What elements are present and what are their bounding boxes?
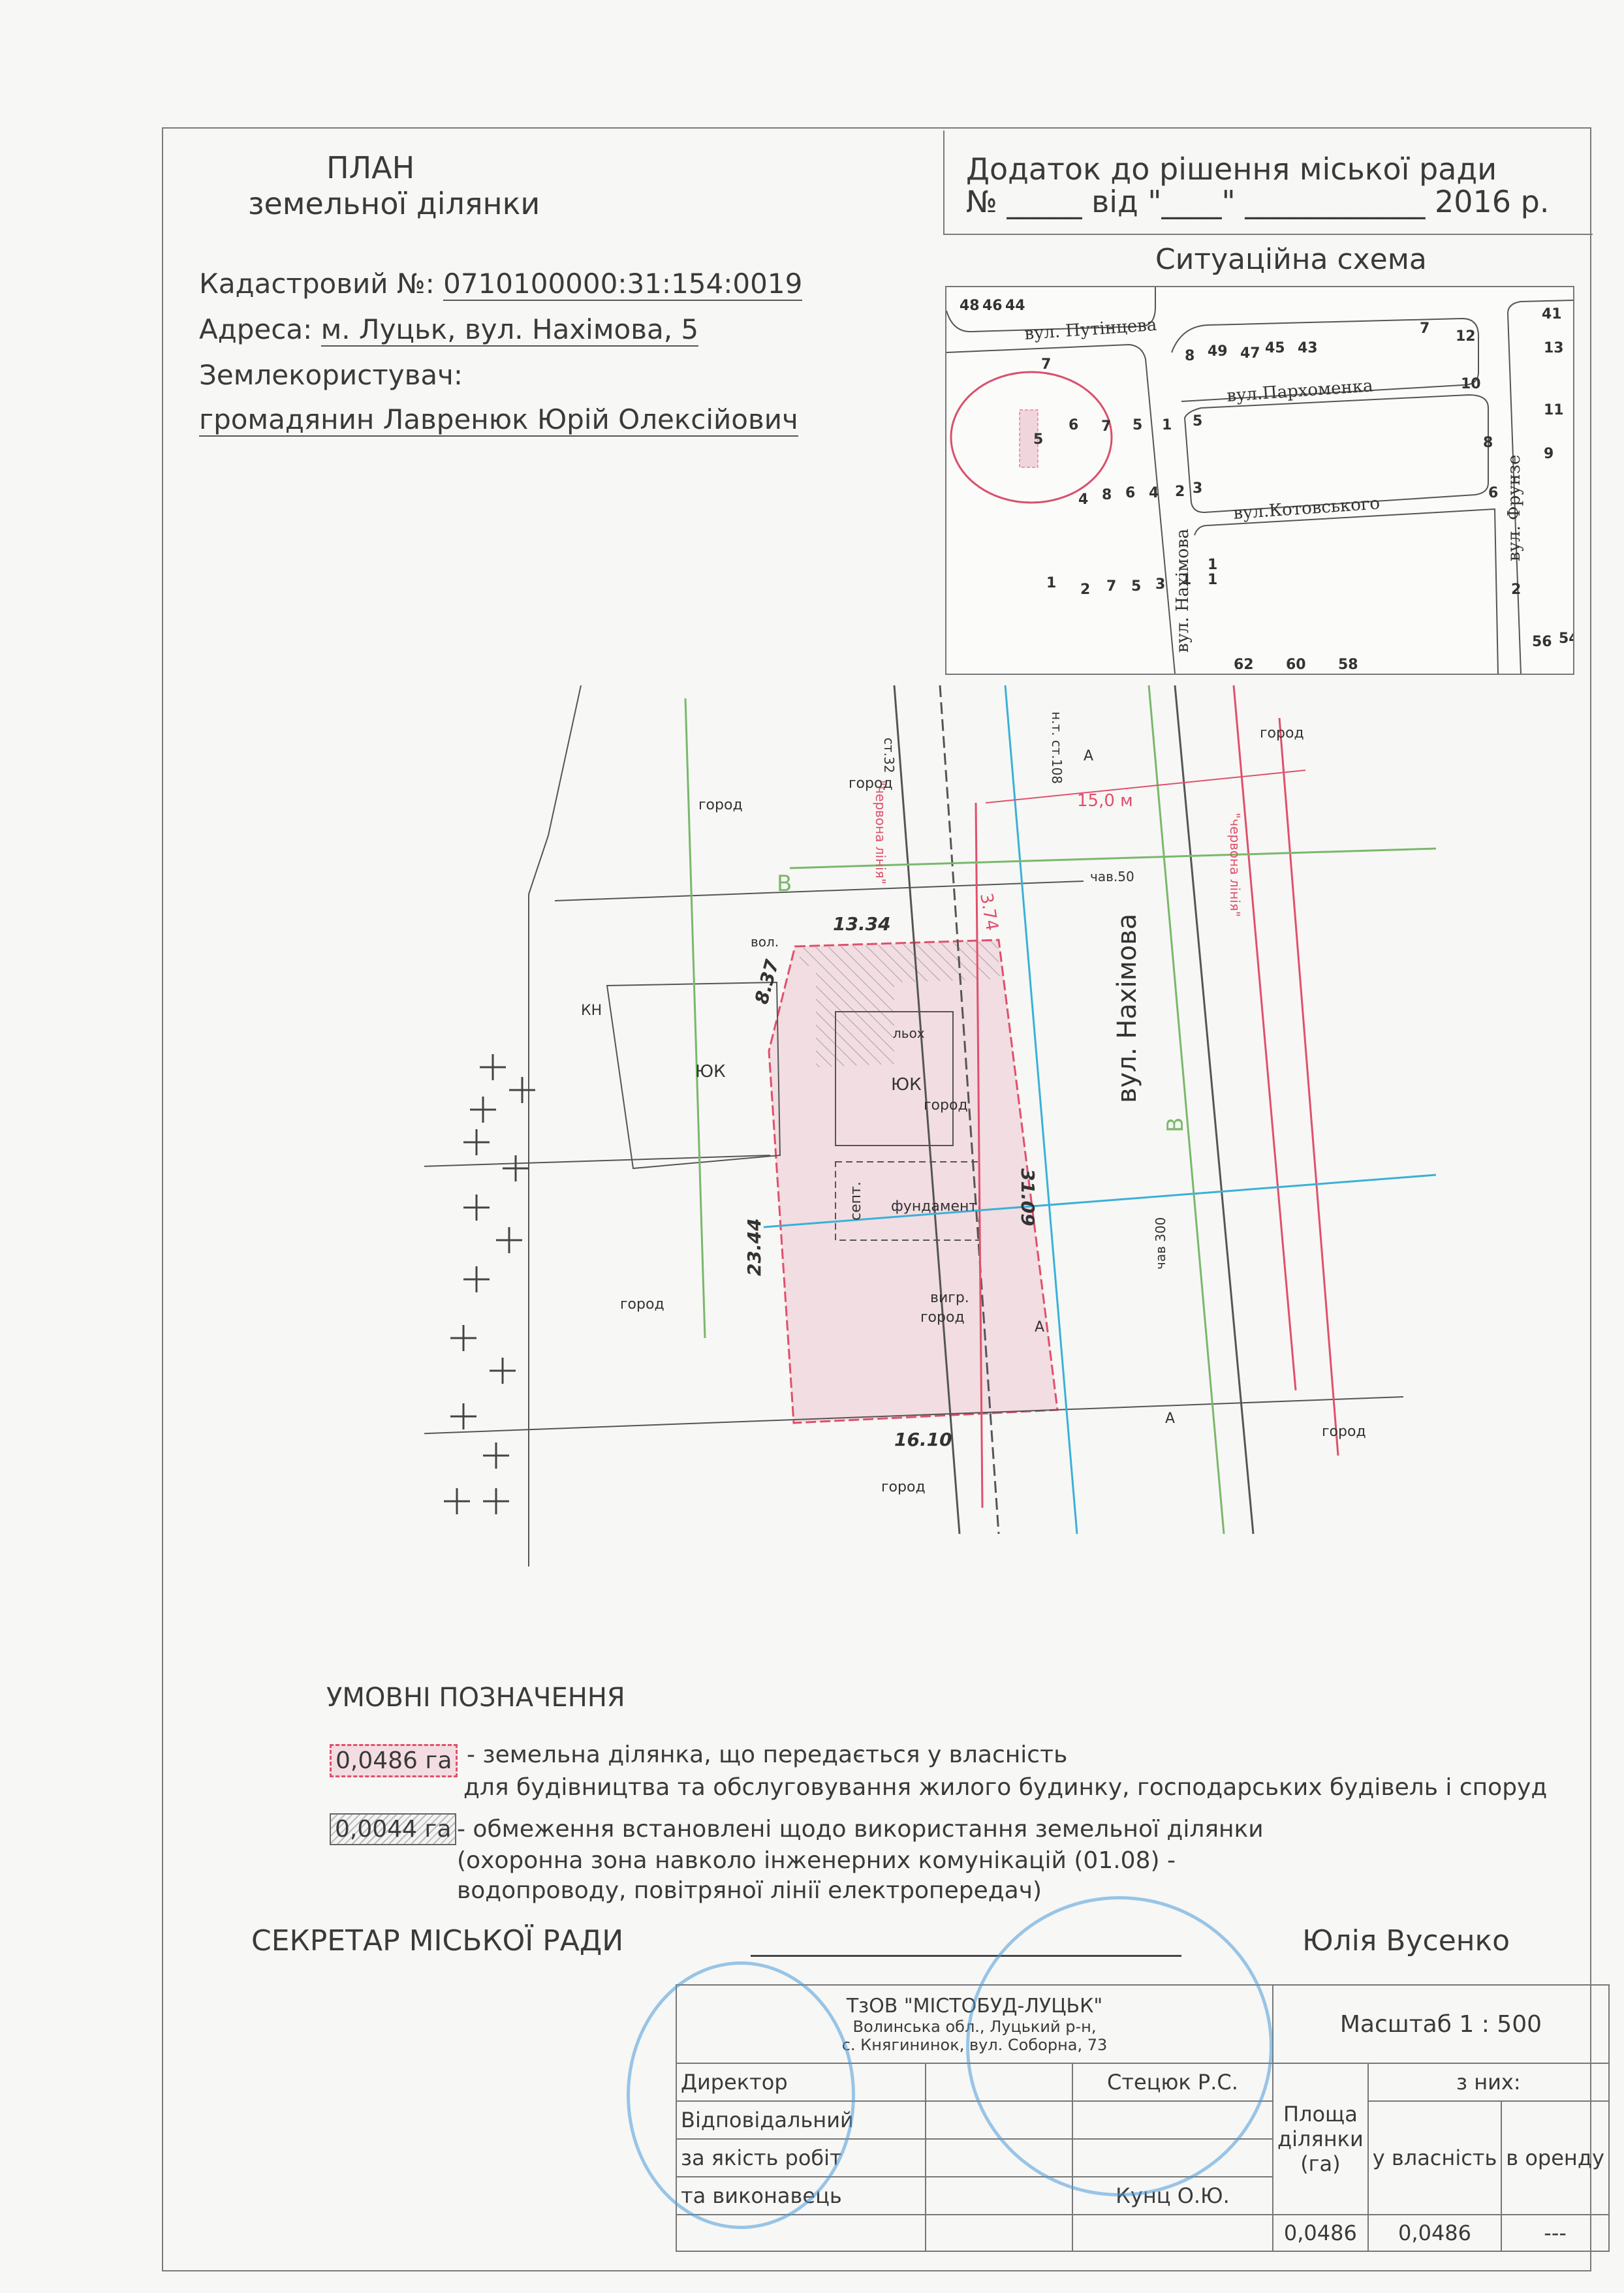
svg-text:47: 47 [1240,345,1260,362]
svg-text:город: город [698,797,743,813]
svg-text:4: 4 [1078,491,1088,508]
svg-text:2: 2 [1175,484,1185,500]
svg-text:6: 6 [1069,417,1078,433]
street-nakhimova: вул. Нахімова [1173,529,1193,653]
dim-northwest: 8.37 [751,957,783,1006]
dim-west: 23.44 [743,1218,765,1276]
company-seal [966,1896,1273,2196]
dim-east: 31.09 [1017,1168,1038,1226]
svg-text:7: 7 [1106,578,1116,595]
svg-text:2: 2 [1511,582,1521,598]
engineer-seal [627,1961,855,2229]
svg-text:15,0 м: 15,0 м [1077,791,1133,811]
svg-text:А: А [1165,1411,1175,1427]
of-them-header: з них: [1368,2063,1609,2101]
legend-swatch-restriction: 0,0044 га [330,1813,456,1845]
svg-text:7: 7 [1101,418,1111,435]
svg-text:чав.50: чав.50 [1090,869,1134,884]
legend-title: УМОВНІ ПОЗНАЧЕННЯ [326,1683,625,1713]
svg-text:44: 44 [1005,298,1025,314]
situation-map: вул. Путінцева вул.Пархоменка вул.Котовс… [946,287,1573,674]
svg-text:5: 5 [1193,413,1202,429]
svg-text:1: 1 [1208,572,1217,588]
legend-restriction-line1: - обмеження встановлені щодо використанн… [457,1816,1264,1843]
svg-text:13: 13 [1544,340,1564,356]
svg-text:6: 6 [1488,485,1498,501]
cadastral-number: 0710100000:31:154:0019 [443,268,802,301]
plan-drawing: город город город город город город горо… [424,685,1436,1567]
address-label: Адреса: [199,313,321,345]
svg-text:8: 8 [1185,348,1195,364]
svg-text:41: 41 [1542,306,1562,322]
svg-text:9: 9 [1544,446,1554,462]
svg-text:5: 5 [1132,417,1142,433]
svg-text:н.т. ст.108: н.т. ст.108 [1049,711,1065,784]
address-row: Адреса: м. Луцьк, вул. Нахімова, 5 [199,313,698,345]
svg-text:45: 45 [1265,340,1285,356]
svg-text:В: В [777,871,792,897]
user-value: громадянин Лавренюк Юрій Олексійович [199,403,798,437]
svg-text:А: А [1084,748,1093,764]
responsible-signature [926,2177,1072,2215]
ownership-value: 0,0486 [1368,2215,1502,2251]
plan-subtitle: земельної ділянки [248,186,540,221]
street-parkhomenka: вул.Пархоменка [1226,376,1373,406]
secretary-name: Юлія Вусенко [1302,1924,1510,1958]
svg-text:1: 1 [1208,557,1217,573]
svg-text:фундамент: фундамент [891,1198,977,1215]
svg-text:11: 11 [1544,402,1564,418]
svg-text:4: 4 [1149,485,1159,501]
svg-text:город: город [881,1479,926,1495]
legend-parcel-line1: - земельна ділянка, що передається у вла… [467,1741,1067,1768]
svg-text:43: 43 [1298,340,1318,356]
svg-text:"червона лінія": "червона лінія" [1227,813,1243,917]
svg-text:49: 49 [1208,343,1228,360]
svg-text:62: 62 [1234,657,1254,673]
svg-text:ЮК: ЮК [891,1075,922,1095]
svg-text:58: 58 [1338,657,1358,673]
street-frunze: вул. Фрунзе [1505,455,1524,561]
svg-text:3: 3 [1193,480,1202,497]
street-putintseva: вул. Путінцева [1023,315,1157,344]
svg-text:48: 48 [960,298,980,314]
svg-text:8: 8 [1483,435,1493,451]
situation-title: Ситуаційна схема [1155,243,1427,276]
svg-text:56: 56 [1532,634,1552,650]
svg-text:"червона лінія": "червона лінія" [873,780,888,884]
svg-text:5: 5 [1131,578,1141,595]
svg-text:ЮК: ЮК [695,1062,726,1082]
address-value: м. Луцьк, вул. Нахімова, 5 [321,313,699,347]
svg-text:ст.32: ст.32 [881,738,897,773]
lease-header: в оренду [1501,2101,1609,2215]
svg-text:чав 300: чав 300 [1153,1217,1168,1270]
dim-north: 13.34 [833,913,891,935]
cadastral-row: Кадастровий №: 0710100000:31:154:0019 [199,268,802,300]
svg-text:60: 60 [1286,657,1306,673]
legend-restriction-line3: водопроводу, повітряної лінії електропер… [457,1877,1042,1904]
svg-text:1: 1 [1046,575,1056,591]
highlight-parcel-number: 5 [1033,431,1043,448]
street-kotovskoho: вул.Котовського [1232,493,1381,523]
svg-text:7: 7 [1420,320,1429,337]
lease-value: --- [1501,2215,1609,2251]
svg-text:6: 6 [1125,485,1135,501]
svg-text:10: 10 [1461,376,1481,392]
svg-text:В: В [1163,1117,1189,1132]
svg-text:город: город [924,1097,968,1114]
street-label: вул. Нахімова [1112,914,1142,1103]
svg-text:город: город [620,1296,664,1313]
svg-text:город: город [1260,725,1304,741]
legend-swatch-parcel: 0,0486 га [330,1744,458,1777]
svg-text:12: 12 [1456,328,1476,345]
svg-text:8: 8 [1102,487,1112,503]
svg-text:септ.: септ. [848,1181,864,1221]
area-header: Площа ділянки (га) [1273,2063,1368,2215]
annex-line1: Додаток до рішення міської ради [966,151,1497,187]
area-value: 0,0486 [1273,2215,1368,2251]
svg-text:город: город [920,1309,965,1326]
svg-text:46: 46 [982,298,1003,314]
svg-text:город: город [1322,1424,1366,1440]
user-label: Землекористувач: [199,359,463,391]
cadastral-label: Кадастровий №: [199,268,443,300]
svg-text:вигр.: вигр. [930,1290,969,1306]
plan-title: ПЛАН [326,150,414,185]
svg-text:А: А [1035,1319,1044,1335]
svg-text:54: 54 [1559,631,1573,647]
situation-scheme: вул. Путінцева вул.Пархоменка вул.Котовс… [945,286,1574,675]
legend-restriction-line2: (охоронна зона навколо інженерних комуні… [457,1847,1176,1874]
dim-offset: 3.74 [976,892,1002,932]
svg-text:7: 7 [1041,356,1051,373]
svg-text:1: 1 [1162,417,1172,433]
svg-text:льох: льох [893,1025,925,1041]
ownership-header: у власність [1368,2101,1502,2215]
svg-text:3: 3 [1155,576,1165,593]
parcel-plan: город город город город город город горо… [424,685,1436,1567]
legend-parcel-line2: для будівництва та обслуговування жилого… [463,1774,1547,1801]
svg-text:вол.: вол. [751,934,779,950]
secretary-label: СЕКРЕТАР МІСЬКОЇ РАДИ [251,1924,623,1958]
dim-south: 16.10 [894,1429,952,1450]
annex-line2: № _____ від "____" ____________ 2016 р. [966,184,1549,219]
svg-text:КН: КН [581,1003,602,1019]
svg-text:2: 2 [1080,582,1090,598]
scale: Масштаб 1 : 500 [1273,1985,1609,2063]
user-row: громадянин Лавренюк Юрій Олексійович [199,403,798,435]
svg-text:1: 1 [1181,572,1191,588]
